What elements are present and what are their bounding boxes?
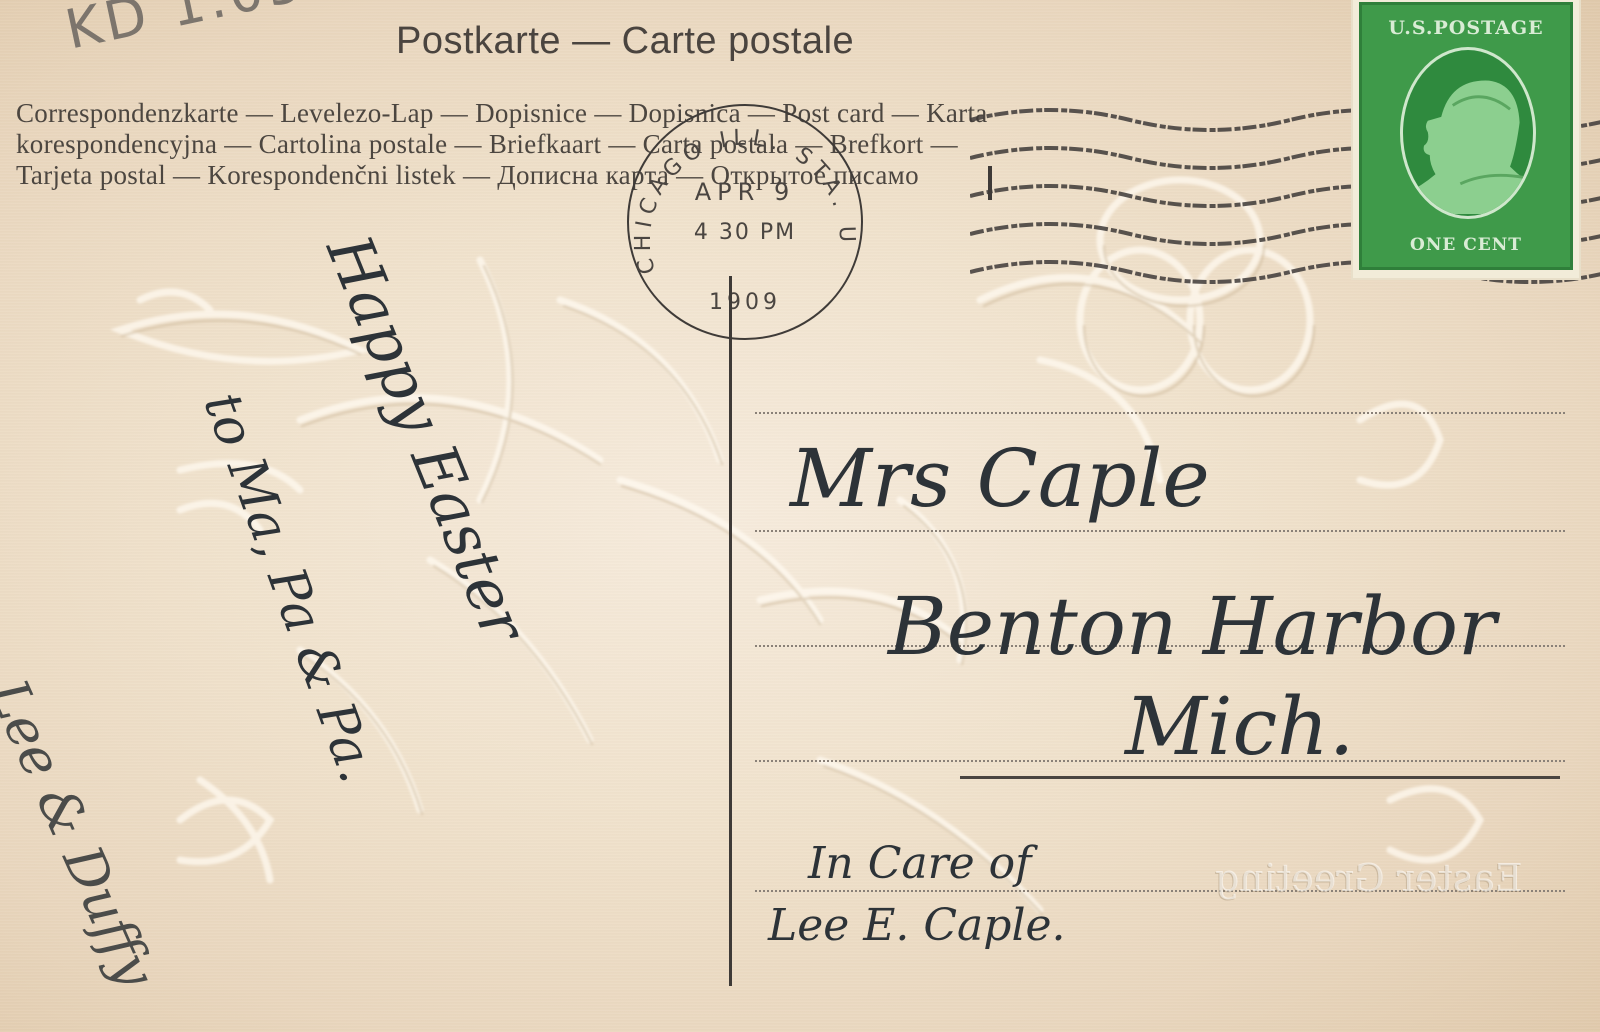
recipient-city: Benton Harbor: [888, 580, 1496, 673]
postmark: CHICAGO ILL. STA. U 1909 APR 9 4 30 PM: [627, 104, 863, 340]
postmark-date: APR 9: [629, 178, 861, 206]
address-line-2: [755, 530, 1565, 532]
recipient-name: Mrs Caple: [790, 432, 1210, 525]
embossed-greeting-text: Easter Greeting: [1215, 856, 1523, 900]
card-title: Postkarte — Carte postale: [396, 20, 854, 63]
postcard: KD 1.05 Postkarte — Carte postale Corres…: [0, 0, 1600, 1032]
care-of-label: In Care of: [808, 838, 1031, 889]
franklin-portrait-icon: [1403, 50, 1533, 214]
stamp-portrait-oval: [1400, 47, 1536, 219]
address-line-1: [755, 412, 1565, 414]
sender-signature: Lee & Duffy: [0, 670, 168, 996]
address-divider-line: [729, 276, 732, 986]
greeting-line-1: Happy Easter: [312, 225, 541, 651]
postmark-year: 1909: [709, 290, 781, 315]
stamp-top-text: U.S.POSTAGE: [1362, 17, 1570, 39]
recipient-state: Mich.: [1125, 680, 1354, 773]
greeting-line-2: to Ma, Pa & Pa.: [192, 385, 388, 790]
stamp-value-text: ONE CENT: [1362, 235, 1570, 255]
address-underline: [960, 776, 1560, 779]
care-of-name: Lee E. Caple.: [768, 900, 1066, 951]
postmark-time: 4 30 PM: [629, 220, 861, 245]
pencil-price-note: KD 1.05: [60, 0, 310, 62]
postage-stamp: U.S.POSTAGE ONE CENT: [1353, 0, 1579, 278]
